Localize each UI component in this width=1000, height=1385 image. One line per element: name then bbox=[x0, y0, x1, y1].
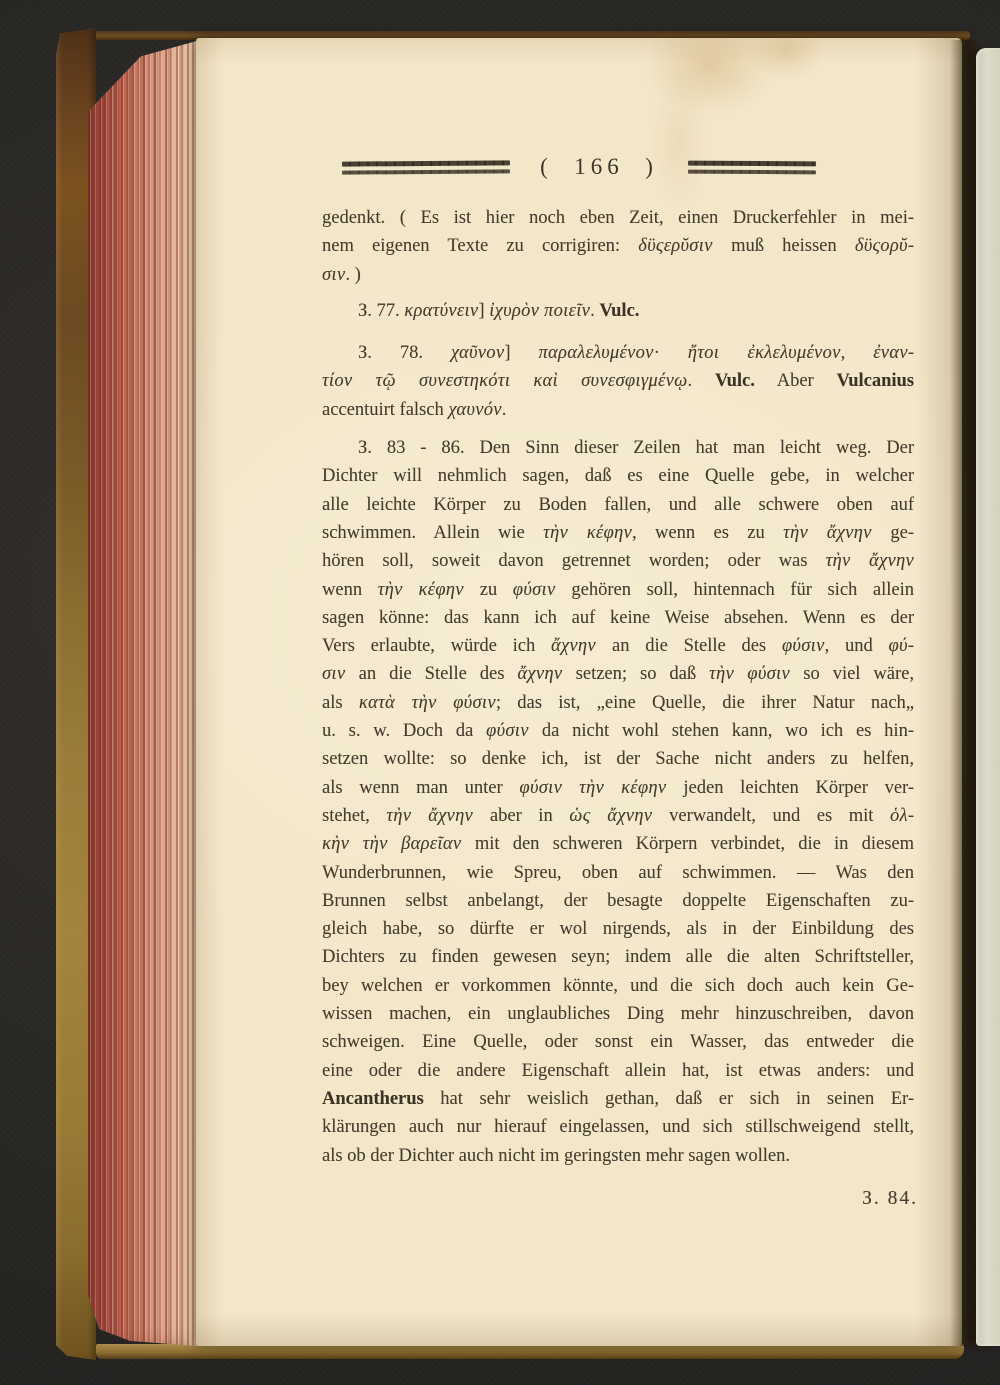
emphasized-name: Vulcanius bbox=[837, 371, 914, 391]
text-line: u. s. w. Doch da φύσιν da nicht wohl ste… bbox=[322, 717, 914, 745]
emphasized-name: Vulc. bbox=[715, 371, 755, 391]
text-line: bey welchen er vorkommen könnte, und die… bbox=[322, 972, 914, 1000]
greek-text: τὴν ἄχνην bbox=[386, 806, 490, 826]
rule-bar bbox=[688, 169, 816, 174]
text-line: gleich habe, so dürfte er wol nirgends, … bbox=[322, 915, 914, 943]
text-line: gedenkt. ( Es ist hier noch eben Zeit, e… bbox=[322, 204, 914, 232]
text-line: accentuirt falsch χαυνόν. bbox=[322, 396, 914, 424]
greek-text: ἄχνην bbox=[551, 636, 612, 656]
greek-text: δϋςερῠσιν bbox=[638, 236, 731, 256]
greek-text: τὴν κέφην bbox=[378, 580, 480, 600]
text-line: σιν an die Stelle des ἄχνην setzen; so d… bbox=[322, 660, 914, 688]
text-line: З. 77. κρατύνειν] ἰχυρὸν ποιεῖν. Vulc. bbox=[322, 297, 914, 325]
greek-text: φύσιν bbox=[513, 580, 572, 600]
greek-text: ὡς ἄχνην bbox=[569, 806, 669, 826]
text-line: wenn τὴν κέφην zu φύσιν gehören soll, hi… bbox=[322, 576, 914, 604]
emphasized-name: Vulc. bbox=[599, 301, 639, 321]
text-line: Dichters zu finden gewesen seyn; indem a… bbox=[322, 943, 914, 971]
page-number: ( 166 ) bbox=[540, 154, 658, 180]
greek-text: φύσιν τὴν κέφην bbox=[519, 778, 683, 798]
rule-bar bbox=[342, 160, 510, 166]
greek-text: τὴν ἄχνην bbox=[783, 523, 890, 543]
text-line: eine oder die andere Eigenschaft allein … bbox=[322, 1057, 914, 1085]
greek-text: χαυνόν bbox=[448, 400, 501, 420]
greek-text: σιν bbox=[322, 265, 345, 285]
text-line: wissen machen, ein unglaubliches Ding me… bbox=[322, 1000, 914, 1028]
greek-text: τὴν κέφην bbox=[543, 523, 632, 543]
photograph-background: ( 166 ) gedenkt. ( Es ist hier noch eben… bbox=[0, 0, 1000, 1385]
greek-text: κρατύνειν bbox=[404, 301, 478, 321]
text-line: sagen könne: das kann ich auf keine Weis… bbox=[322, 604, 914, 632]
text-block: gedenkt. ( Es ist hier noch eben Zeit, e… bbox=[322, 204, 914, 1170]
greek-text: παραλελυμένον bbox=[538, 343, 653, 363]
greek-text: ὁλ bbox=[890, 806, 908, 826]
text-line: als κατὰ τὴν φύσιν; das ist, „eine Quell… bbox=[322, 689, 914, 717]
paragraph-commentary-83-86: З. 83 - 86. Den Sinn dieser Zeilen hat m… bbox=[322, 434, 914, 1170]
text-line: Dichter will nehmlich sagen, daß es eine… bbox=[322, 462, 914, 490]
greek-text: σιν bbox=[322, 664, 359, 684]
header-rule-right-icon bbox=[688, 160, 816, 174]
text-line: schweigen. Eine Quelle, oder sonst ein W… bbox=[322, 1028, 914, 1056]
text-line: Wunderbrunnen, wie Spreu, oben auf schwi… bbox=[322, 859, 914, 887]
catchword: З. 84. bbox=[862, 1188, 918, 1210]
book-gutter-shadow bbox=[950, 40, 978, 1346]
text-line: З. 83 - 86. Den Sinn dieser Zeilen hat m… bbox=[322, 434, 914, 462]
greek-text: ἤτοι ἐκλελυμένον bbox=[688, 343, 841, 363]
emphasized-name: Ancantherus bbox=[322, 1089, 424, 1109]
greek-text: φύσιν bbox=[486, 721, 542, 741]
text-line: hören soll, soweit davon getrennet worde… bbox=[322, 547, 914, 575]
text-line: Ancantherus hat sehr weislich gethan, da… bbox=[322, 1085, 914, 1113]
greek-text: τίον τῷ συνεστηκότι καὶ συνεσφιγμένῳ bbox=[322, 371, 687, 391]
greek-text: ἰχυρὸν ποιεῖν bbox=[489, 301, 590, 321]
entry-line-78: З. 78. χαῦνον] παραλελυμένον· ἤτοι ἐκλελ… bbox=[322, 339, 914, 424]
greek-text: κατὰ τὴν φύσιν bbox=[359, 693, 496, 713]
greek-text: φύσιν bbox=[782, 636, 825, 656]
page-fore-edge-stripes bbox=[88, 38, 198, 1350]
greek-text: τὴν φύσιν bbox=[709, 664, 803, 684]
text-line: κὴν τὴν βαρεῖαν mit den schweren Körpern… bbox=[322, 830, 914, 858]
header-rule-left-icon bbox=[342, 160, 510, 174]
text-line: stehet, τὴν ἄχνην aber in ὡς ἄχνην verwa… bbox=[322, 802, 914, 830]
greek-text: ἄχνην bbox=[517, 664, 575, 684]
text-line: Brunnen selbst anbelangt, der besagte do… bbox=[322, 887, 914, 915]
text-line: als ob der Dichter auch nicht im gerings… bbox=[322, 1142, 914, 1170]
text-line: З. 78. χαῦνον] παραλελυμένον· ἤτοι ἐκλελ… bbox=[322, 339, 914, 367]
book-page: ( 166 ) gedenkt. ( Es ist hier noch eben… bbox=[196, 38, 962, 1346]
entry-line-77: З. 77. κρατύνειν] ἰχυρὸν ποιεῖν. Vulc. bbox=[322, 297, 914, 325]
text-line: σιν. ) bbox=[322, 261, 914, 289]
greek-text: δϋςορῠ bbox=[855, 236, 908, 256]
text-line: als wenn man unter φύσιν τὴν κέφην jeden… bbox=[322, 774, 914, 802]
paragraph-continuation: gedenkt. ( Es ist hier noch eben Zeit, e… bbox=[322, 204, 914, 289]
text-line: alle leichte Körper zu Boden fallen, und… bbox=[322, 491, 914, 519]
greek-text: τὴν ἄχνην bbox=[826, 551, 914, 571]
text-line: schwimmen. Allein wie τὴν κέφην, wenn es… bbox=[322, 519, 914, 547]
next-page-edge bbox=[976, 48, 1000, 1346]
page-header: ( 166 ) bbox=[196, 154, 962, 180]
greek-text: κὴν τὴν βαρεῖαν bbox=[322, 834, 475, 854]
text-line: klärungen auch nur hierauf eingelassen, … bbox=[322, 1113, 914, 1141]
greek-text: χαῦνον bbox=[451, 343, 504, 363]
greek-text: φύ bbox=[889, 636, 908, 656]
text-line: τίον τῷ συνεστηκότι καὶ συνεσφιγμένῳ. Vu… bbox=[322, 367, 914, 395]
text-line: setzen wollte: so denke ich, ist der Sac… bbox=[322, 745, 914, 773]
text-line: nem eigenen Texte zu corrigiren: δϋςερῠσ… bbox=[322, 232, 914, 260]
rule-bar bbox=[688, 160, 816, 166]
rule-bar bbox=[342, 169, 510, 174]
greek-text: ἐναν bbox=[873, 343, 908, 363]
book-bottom-edge bbox=[96, 1344, 964, 1359]
text-line: Vers erlaubte, würde ich ἄχνην an die St… bbox=[322, 632, 914, 660]
